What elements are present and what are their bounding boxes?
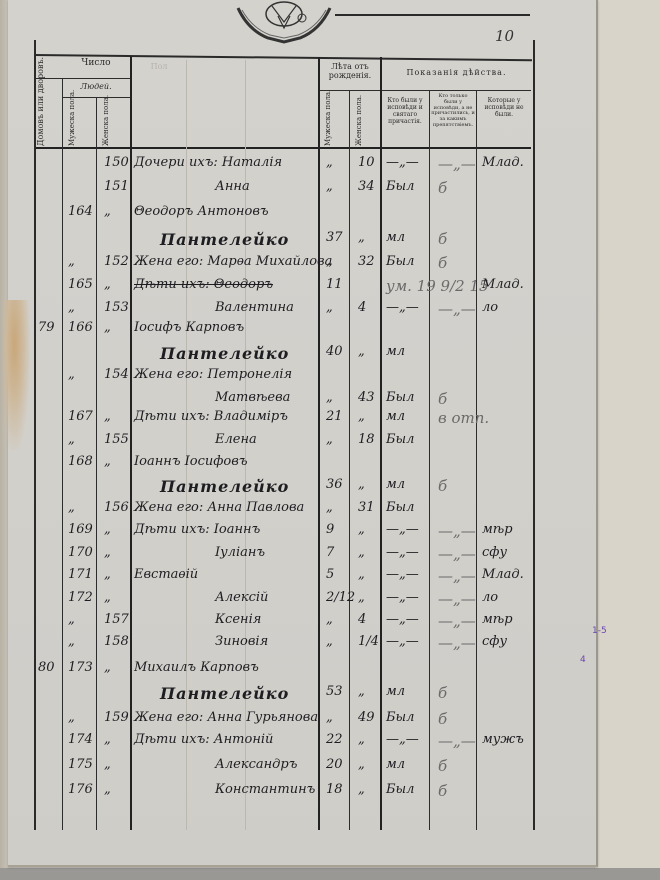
cell-age_f: „: [358, 567, 365, 582]
cell-age_m: 22: [326, 732, 343, 747]
cell-confessed: —„—: [386, 522, 419, 537]
cell-partial: б: [438, 390, 447, 408]
cell-female_no: „: [104, 660, 111, 675]
cell-name: Пантелейко: [160, 684, 289, 703]
cell-name: Зиновія: [215, 634, 268, 649]
cell-female_no: „: [104, 782, 111, 797]
cell-partial: —„—: [438, 522, 476, 540]
cell-name: Дочери ихъ: Наталія: [134, 155, 282, 170]
cell-household: 79: [38, 320, 55, 335]
cell-confessed: мл: [386, 757, 405, 772]
cell-female_no: „: [104, 522, 111, 537]
cell-male_no: 167: [68, 409, 93, 424]
cell-age_m: 5: [326, 567, 334, 582]
cell-confessed: —„—: [386, 155, 419, 170]
cell-age_m: „: [326, 179, 333, 194]
cell-name: Михаилъ Карповъ: [134, 660, 259, 675]
cell-male_no: „: [68, 300, 75, 315]
cell-female_no: 153: [104, 300, 129, 315]
cell-age_m: „: [326, 612, 333, 627]
cell-confessed: Был: [386, 432, 414, 447]
page-number: 10: [495, 27, 514, 45]
cell-name: Ксенія: [215, 612, 261, 627]
column-line: [96, 97, 97, 830]
cell-age_f: „: [358, 409, 365, 424]
cell-name: Іоаннъ Іосифовъ: [134, 454, 247, 469]
cell-name: Жена его: Анна Гурьянова: [134, 710, 318, 725]
cell-age_m: 37: [326, 230, 343, 245]
header-divider: [320, 90, 531, 91]
cell-age_m: „: [326, 710, 333, 725]
cell-partial: —„—: [438, 590, 476, 608]
background-table: [595, 0, 660, 880]
cell-female_no: „: [104, 757, 111, 772]
cell-age_m: 18: [326, 782, 343, 797]
cell-name: Елена: [215, 432, 257, 447]
cell-female_no: 158: [104, 634, 129, 649]
cell-age_m: 40: [326, 344, 343, 359]
cell-partial: в отп.: [438, 409, 489, 427]
header-age-group: Лѣта отъ рожденія.: [320, 62, 380, 80]
cell-age_m: 2/12: [326, 590, 355, 605]
frame-top-border: [335, 14, 530, 16]
header-households: Домовъ или дворовъ.: [36, 90, 62, 146]
margin-mark: 1-5: [592, 626, 607, 636]
cell-partial: б: [438, 179, 447, 197]
cell-male_no: „: [68, 710, 75, 725]
cell-male_no: 171: [68, 567, 93, 582]
cell-female_no: 154: [104, 367, 129, 382]
cell-age_m: 53: [326, 684, 343, 699]
cell-age_m: 7: [326, 545, 334, 560]
header-confessed-not-communed: Кто только были у исповѣди, а не причаст…: [431, 94, 475, 129]
cell-female_no: 157: [104, 612, 129, 627]
column-line: [318, 57, 320, 830]
cell-age_m: 21: [326, 409, 343, 424]
cell-absent: Млад.: [482, 567, 524, 582]
cell-female_no: 159: [104, 710, 129, 725]
cell-absent: Млад.: [482, 155, 524, 170]
header-female: Женска пола.: [102, 100, 124, 146]
cell-confessed: Был: [386, 500, 414, 515]
cell-partial: б: [438, 477, 447, 495]
cell-partial: б: [438, 254, 447, 272]
cell-confessed: —„—: [386, 590, 419, 605]
cell-confessed: Был: [386, 254, 414, 269]
cell-confessed: мл: [386, 684, 405, 699]
column-line: [130, 56, 132, 830]
cell-confessed: мл: [386, 477, 405, 492]
cell-female_no: 155: [104, 432, 129, 447]
cell-absent: мѣр: [482, 612, 513, 627]
cell-confessed: мл: [386, 230, 405, 245]
cell-female_no: 151: [104, 179, 129, 194]
cell-name: Дѣти ихъ: Владиміръ: [134, 409, 288, 424]
cell-name: Евстаѳій: [134, 567, 198, 582]
cell-absent: мужъ: [482, 732, 524, 747]
cell-partial: б: [438, 782, 447, 800]
cell-absent: ло: [482, 590, 498, 605]
cell-confessed: —„—: [386, 300, 419, 315]
cell-male_no: 176: [68, 782, 93, 797]
cell-age_f: 1/4: [358, 634, 379, 649]
cell-partial: б: [438, 710, 447, 728]
cell-confessed: мл: [386, 344, 405, 359]
header-male: Мужеска пола.: [68, 100, 90, 146]
header-bottom-border: [36, 147, 531, 149]
cell-name: Дѣти ихъ: Антоній: [134, 732, 273, 747]
cell-male_no: 172: [68, 590, 93, 605]
faint-header-text: Пол: [134, 62, 184, 71]
cell-male_no: „: [68, 634, 75, 649]
cell-age_f: „: [358, 344, 365, 359]
cell-partial: —„—: [438, 300, 476, 318]
cell-male_no: 164: [68, 204, 93, 219]
cell-female_no: „: [104, 277, 111, 292]
cell-female_no: „: [104, 545, 111, 560]
cell-name: Жена его: Петронелія: [134, 367, 292, 382]
cell-name: Іосифъ Карповъ: [134, 320, 244, 335]
cell-partial: б: [438, 684, 447, 702]
cell-male_no: 168: [68, 454, 93, 469]
cell-female_no: „: [104, 409, 111, 424]
cell-age_m: „: [326, 254, 333, 269]
cell-female_no: „: [104, 567, 111, 582]
cell-name: Дѣти ихъ: Іоаннъ: [134, 522, 260, 537]
cell-age_f: 34: [358, 179, 375, 194]
cell-male_no: 175: [68, 757, 93, 772]
cell-female_no: 150: [104, 155, 129, 170]
cell-male_no: „: [68, 500, 75, 515]
cell-partial: б: [438, 230, 447, 248]
cell-absent: ло: [482, 300, 498, 315]
cell-absent: Млад.: [482, 277, 524, 292]
cell-female_no: „: [104, 590, 111, 605]
cell-male_no: „: [68, 612, 75, 627]
header-divider: [36, 78, 130, 79]
cell-age_m: 36: [326, 477, 343, 492]
cell-age_m: „: [326, 500, 333, 515]
cell-age_m: „: [326, 432, 333, 447]
header-age-male: Мужеска пола.: [324, 96, 346, 146]
cell-male_no: „: [68, 432, 75, 447]
cell-age_m: „: [326, 390, 333, 405]
cell-partial: —„—: [438, 545, 476, 563]
cell-name: Пантелейко: [160, 477, 289, 496]
cell-confessed: —„—: [386, 545, 419, 560]
cell-male_no: „: [68, 254, 75, 269]
cell-name: Жена его: Марѳа Михайлова: [134, 254, 332, 269]
cell-male_no: 173: [68, 660, 93, 675]
cell-age_m: 20: [326, 757, 343, 772]
cell-male_no: 166: [68, 320, 93, 335]
cell-age_f: „: [358, 545, 365, 560]
cell-partial: —„—: [438, 612, 476, 630]
cell-age_f: 49: [358, 710, 375, 725]
cell-absent: сфу: [482, 545, 507, 560]
cell-confessed: —„—: [386, 732, 419, 747]
cell-name: Анна: [215, 179, 250, 194]
cell-confessed: ум. 19 9/2 15: [386, 277, 489, 295]
cell-male_no: „: [68, 367, 75, 382]
cell-absent: мѣр: [482, 522, 513, 537]
cell-household: 80: [38, 660, 55, 675]
cell-name: Дѣти ихъ: Θеодоръ: [134, 277, 273, 292]
column-line: [349, 90, 350, 830]
column-line: [62, 78, 63, 830]
header-confessed: Кто были у исповѣди и святаго причастія.: [382, 98, 428, 126]
cell-male_no: 169: [68, 522, 93, 537]
cell-age_f: 4: [358, 300, 366, 315]
water-stain: [4, 300, 30, 450]
cell-name: Алексій: [215, 590, 268, 605]
cell-confessed: —„—: [386, 634, 419, 649]
cell-age_f: „: [358, 477, 365, 492]
cell-age_f: 32: [358, 254, 375, 269]
cell-age_f: „: [358, 230, 365, 245]
cell-partial: —„—: [438, 567, 476, 585]
cell-partial: —„—: [438, 732, 476, 750]
cell-age_m: „: [326, 300, 333, 315]
header-confession-group: Показанія дѣйства.: [382, 68, 531, 77]
cell-name: Константинъ: [215, 782, 315, 797]
cell-partial: б: [438, 757, 447, 775]
cell-female_no: „: [104, 732, 111, 747]
margin-mark: 4: [580, 655, 586, 665]
cell-partial: —„—: [438, 634, 476, 652]
column-line: [380, 57, 382, 830]
cell-absent: сфу: [482, 634, 507, 649]
header-not-confessed: Которые у исповѣди не были.: [478, 98, 530, 119]
cell-age_f: „: [358, 590, 365, 605]
cell-confessed: —„—: [386, 612, 419, 627]
cell-name: Іуліанъ: [215, 545, 265, 560]
cell-name: Валентина: [215, 300, 294, 315]
cell-confessed: —„—: [386, 567, 419, 582]
cell-age_f: 18: [358, 432, 375, 447]
header-age-female: Женска пола.: [355, 96, 377, 146]
cell-age_m: „: [326, 634, 333, 649]
cell-age_f: „: [358, 684, 365, 699]
cell-confessed: мл: [386, 409, 405, 424]
cell-name: Пантелейко: [160, 230, 289, 249]
cell-male_no: 174: [68, 732, 93, 747]
cell-confessed: Был: [386, 390, 414, 405]
cell-confessed: Был: [386, 179, 414, 194]
cell-male_no: 170: [68, 545, 93, 560]
background-surface: [0, 868, 660, 880]
cell-age_f: 31: [358, 500, 375, 515]
cell-age_f: 4: [358, 612, 366, 627]
cell-female_no: „: [104, 204, 111, 219]
cell-female_no: 152: [104, 254, 129, 269]
cell-age_f: 10: [358, 155, 375, 170]
cell-age_f: „: [358, 522, 365, 537]
column-line: [476, 90, 477, 830]
cell-female_no: 156: [104, 500, 129, 515]
cell-female_no: „: [104, 320, 111, 335]
cell-name: Жена его: Анна Павлова: [134, 500, 304, 515]
cell-name: Матвѣева: [215, 390, 290, 405]
cell-age_f: „: [358, 732, 365, 747]
cell-partial: —„—: [438, 155, 476, 173]
cell-name: Пантелейко: [160, 344, 289, 363]
cell-age_f: „: [358, 757, 365, 772]
cell-age_m: „: [326, 155, 333, 170]
cell-female_no: „: [104, 454, 111, 469]
cell-confessed: Был: [386, 782, 414, 797]
cell-age_f: 43: [358, 390, 375, 405]
cell-confessed: Был: [386, 710, 414, 725]
cell-name: Александръ: [215, 757, 297, 772]
header-count-title: Число: [62, 58, 130, 68]
cell-male_no: 165: [68, 277, 93, 292]
cell-age_m: 9: [326, 522, 334, 537]
cell-name: Θеодоръ Антоновъ: [134, 204, 269, 219]
cell-age_m: 11: [326, 277, 343, 292]
column-line: [429, 90, 430, 830]
cell-age_f: „: [358, 782, 365, 797]
